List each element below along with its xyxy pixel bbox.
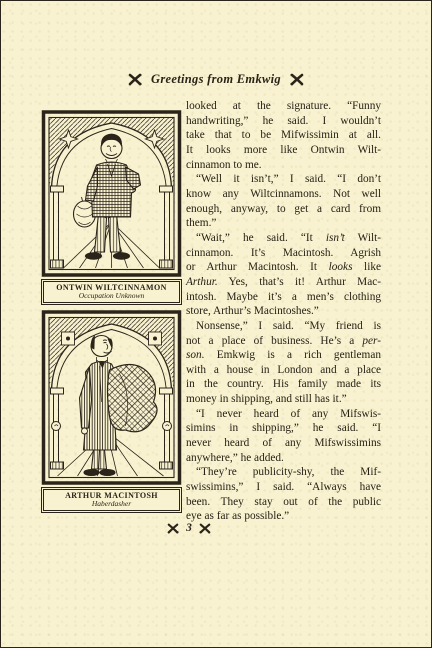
text-line: Nonsense,” I said. “My friend is: [186, 319, 381, 334]
text-line: enough, anyway, to get a card from: [186, 202, 381, 217]
page-number: 3: [186, 522, 192, 534]
text-line: looked at the signature. “Funny: [186, 99, 381, 114]
running-head-title: Greetings from Emkwig: [151, 72, 281, 87]
text-line: swissimins,” I said. “Always have: [186, 480, 381, 495]
fleuron-icon: [128, 73, 142, 86]
caption-subtitle: Haberdasher: [44, 500, 179, 508]
text-line: cinnamon. It’s Macintosh. Agrish: [186, 246, 381, 261]
text-line: son. Emkwig is a rich gentleman: [186, 348, 381, 363]
text-line: “Wait,” he said. “It isn’t Wilt-: [186, 231, 381, 246]
running-head: Greetings from Emkwig: [1, 72, 431, 87]
text-line: been. They stay out of the public: [186, 495, 381, 510]
text-line: them.”: [186, 216, 381, 231]
text-line: cinnamon to me.: [186, 158, 381, 173]
text-line: store, Arthur’s Macintoshes.”: [186, 304, 381, 319]
text-line: in the country. His family made its: [186, 377, 381, 392]
text-line: “Well it isn’t,” I said. “I don’t: [186, 172, 381, 187]
book-page: Greetings from Emkwig: [0, 0, 432, 648]
fleuron-icon: [167, 523, 179, 534]
text-line: simins in shipping,” he said. “I: [186, 421, 381, 436]
text-line: take that to be Mifwissimin at all.: [186, 128, 381, 143]
text-line: money in shipping, and still has it.”: [186, 392, 381, 407]
text-line: anywhere,” he added.: [186, 451, 381, 466]
text-line: not a place of business. He’s a per-: [186, 334, 381, 349]
illustration-ontwin: ONTWIN WILTCINNAMON Occupation Unknown: [41, 110, 182, 305]
text-line: or Arthur Macintosh. It looks like: [186, 260, 381, 275]
illustration-arthur: ARTHUR MACINTOSH Haberdasher: [41, 310, 182, 513]
text-line: handwriting,” he said. I wouldn’t: [186, 114, 381, 129]
text-line: It looks more like Ontwin Wilt-: [186, 143, 381, 158]
body-text-column: looked at the signature. “Funnyhandwriti…: [186, 99, 381, 524]
text-line: “I never heard of any Mifswis-: [186, 407, 381, 422]
text-line: never heard of any Mifswissimins: [186, 436, 381, 451]
text-line: intosh. Maybe it’s a men’s clothing: [186, 290, 381, 305]
text-line: “They’re publicity-shy, the Mif-: [186, 465, 381, 480]
illustration-caption-plaque: ARTHUR MACINTOSH Haberdasher: [41, 487, 182, 513]
ontwin-woodcut-drawing: [41, 110, 182, 277]
text-line: know any Wiltcinnamons. Not well: [186, 187, 381, 202]
caption-subtitle: Occupation Unknown: [44, 292, 179, 300]
arthur-woodcut-drawing: [41, 310, 182, 485]
illustration-column: ONTWIN WILTCINNAMON Occupation Unknown: [41, 110, 182, 513]
fleuron-icon: [199, 523, 211, 534]
fleuron-icon: [290, 73, 304, 86]
page-footer: 3: [129, 522, 249, 534]
text-line: Arthur. Yes, that’s it! Arthur Mac-: [186, 275, 381, 290]
text-line: with a house in London and a place: [186, 363, 381, 378]
illustration-caption-plaque: ONTWIN WILTCINNAMON Occupation Unknown: [41, 279, 182, 305]
